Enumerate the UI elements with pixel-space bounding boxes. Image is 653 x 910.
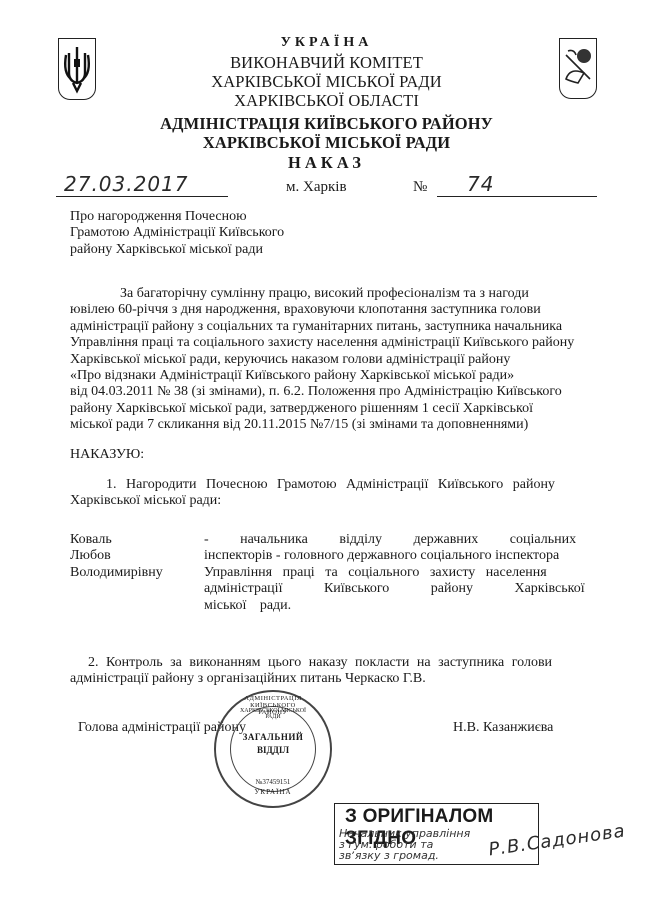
header-line-3: ХАРКІВСЬКОЇ ОБЛАСТІ [0,91,653,110]
subject-line: Грамотою Адміністрації Київського [70,225,284,241]
awardee-name-line: Любов [70,548,163,564]
preamble-line: від 04.03.2011 № 38 (зі змінами), п. 6.2… [70,384,617,400]
awardee-position-line: адміністрації Київського району Харківсь… [204,581,614,597]
preamble-line: району Харківської міської ради, затверд… [70,401,617,417]
preamble-line: За багаторічну сумлінну працю, високий п… [70,286,617,302]
preamble-line: Харківської міської ради, керуючись нака… [70,352,617,368]
preamble-line: Управління праці та соціального захисту … [70,335,617,351]
item-1-line: 1. Нагородити Почесною Грамотою Адмініст… [70,477,617,493]
preamble-line: «Про відзнаки Адміністрації Київського р… [70,368,617,384]
signatory-name: Н.В. Казанжиєва [453,720,553,736]
item-1-line: Харківської міської ради: [70,493,617,509]
handwritten-line: звʼязку з громад. [339,850,470,861]
awardee-name: Коваль Любов Володимирівну [70,532,163,581]
preamble-paragraph: За багаторічну сумлінну працю, високий п… [70,286,617,434]
number-value: 74 [467,172,494,196]
date-value: 27.03.2017 [64,172,189,196]
header-country: УКРАЇНА [0,33,653,52]
awardee-name-line: Володимирівну [70,565,163,581]
seal-inner-text: ХАРКІВСЬКОЇ МІСЬКОЇ РАДИ [238,708,308,720]
awardee-position-line: - начальника відділу державних соціальни… [204,532,614,548]
subject-line: Про нагородження Почесною [70,209,284,225]
order-word: НАКАЗУЮ: [70,447,144,463]
header-line-2: ХАРКІВСЬКОЇ МІСЬКОЇ РАДИ [0,72,653,91]
header-admin-2: ХАРКІВСЬКОЇ МІСЬКОЇ РАДИ [0,133,653,152]
preamble-line: міської ради 7 скликання від 20.11.2015 … [70,417,617,433]
item-1: 1. Нагородити Почесною Грамотою Адмініст… [70,477,617,510]
awardee-position: - начальника відділу державних соціальни… [204,532,614,614]
awardee-position-line: інспекторів - головного державного соціа… [204,548,614,564]
awardee-position-line: міської ради. [204,598,614,614]
official-seal: ЗАГАЛЬНИЙ ВІДДІЛ №37459151 УКРАЇНА АДМІН… [214,690,332,808]
seal-bottom: УКРАЇНА [216,788,330,796]
subject-line: району Харківської міської ради [70,242,284,258]
copy-stamp-handwriting: Начальник управління з гум. роботи та зв… [339,828,470,861]
awardee-name-line: Коваль [70,532,163,548]
number-field: 74 [437,174,597,197]
item-2: 2. Контроль за виконанням цього наказу п… [70,655,617,688]
city-label: м. Харків [286,179,347,195]
preamble-line: ювілею 60-річчя з дня народження, врахов… [70,302,617,318]
subject-block: Про нагородження Почесною Грамотою Адмін… [70,209,284,258]
date-field: 27.03.2017 [56,174,228,197]
awardee-position-line: Управління праці та соціального захисту … [204,565,614,581]
item-2-line: адміністрації району з організаційних пи… [70,671,617,687]
document-type: НАКАЗ [0,153,653,172]
item-2-line: 2. Контроль за виконанням цього наказу п… [70,655,617,671]
seal-center-line-2: ВІДДІЛ [216,745,330,755]
seal-code: №37459151 [216,778,330,786]
header-admin-1: АДМІНІСТРАЦІЯ КИЇВСЬКОГО РАЙОНУ [0,114,653,133]
preamble-line: адміністрації району з соціальних та гум… [70,319,617,335]
header-line-1: ВИКОНАВЧИЙ КОМІТЕТ [0,53,653,72]
seal-center-line-1: ЗАГАЛЬНИЙ [216,732,330,742]
number-label: № [413,179,427,195]
